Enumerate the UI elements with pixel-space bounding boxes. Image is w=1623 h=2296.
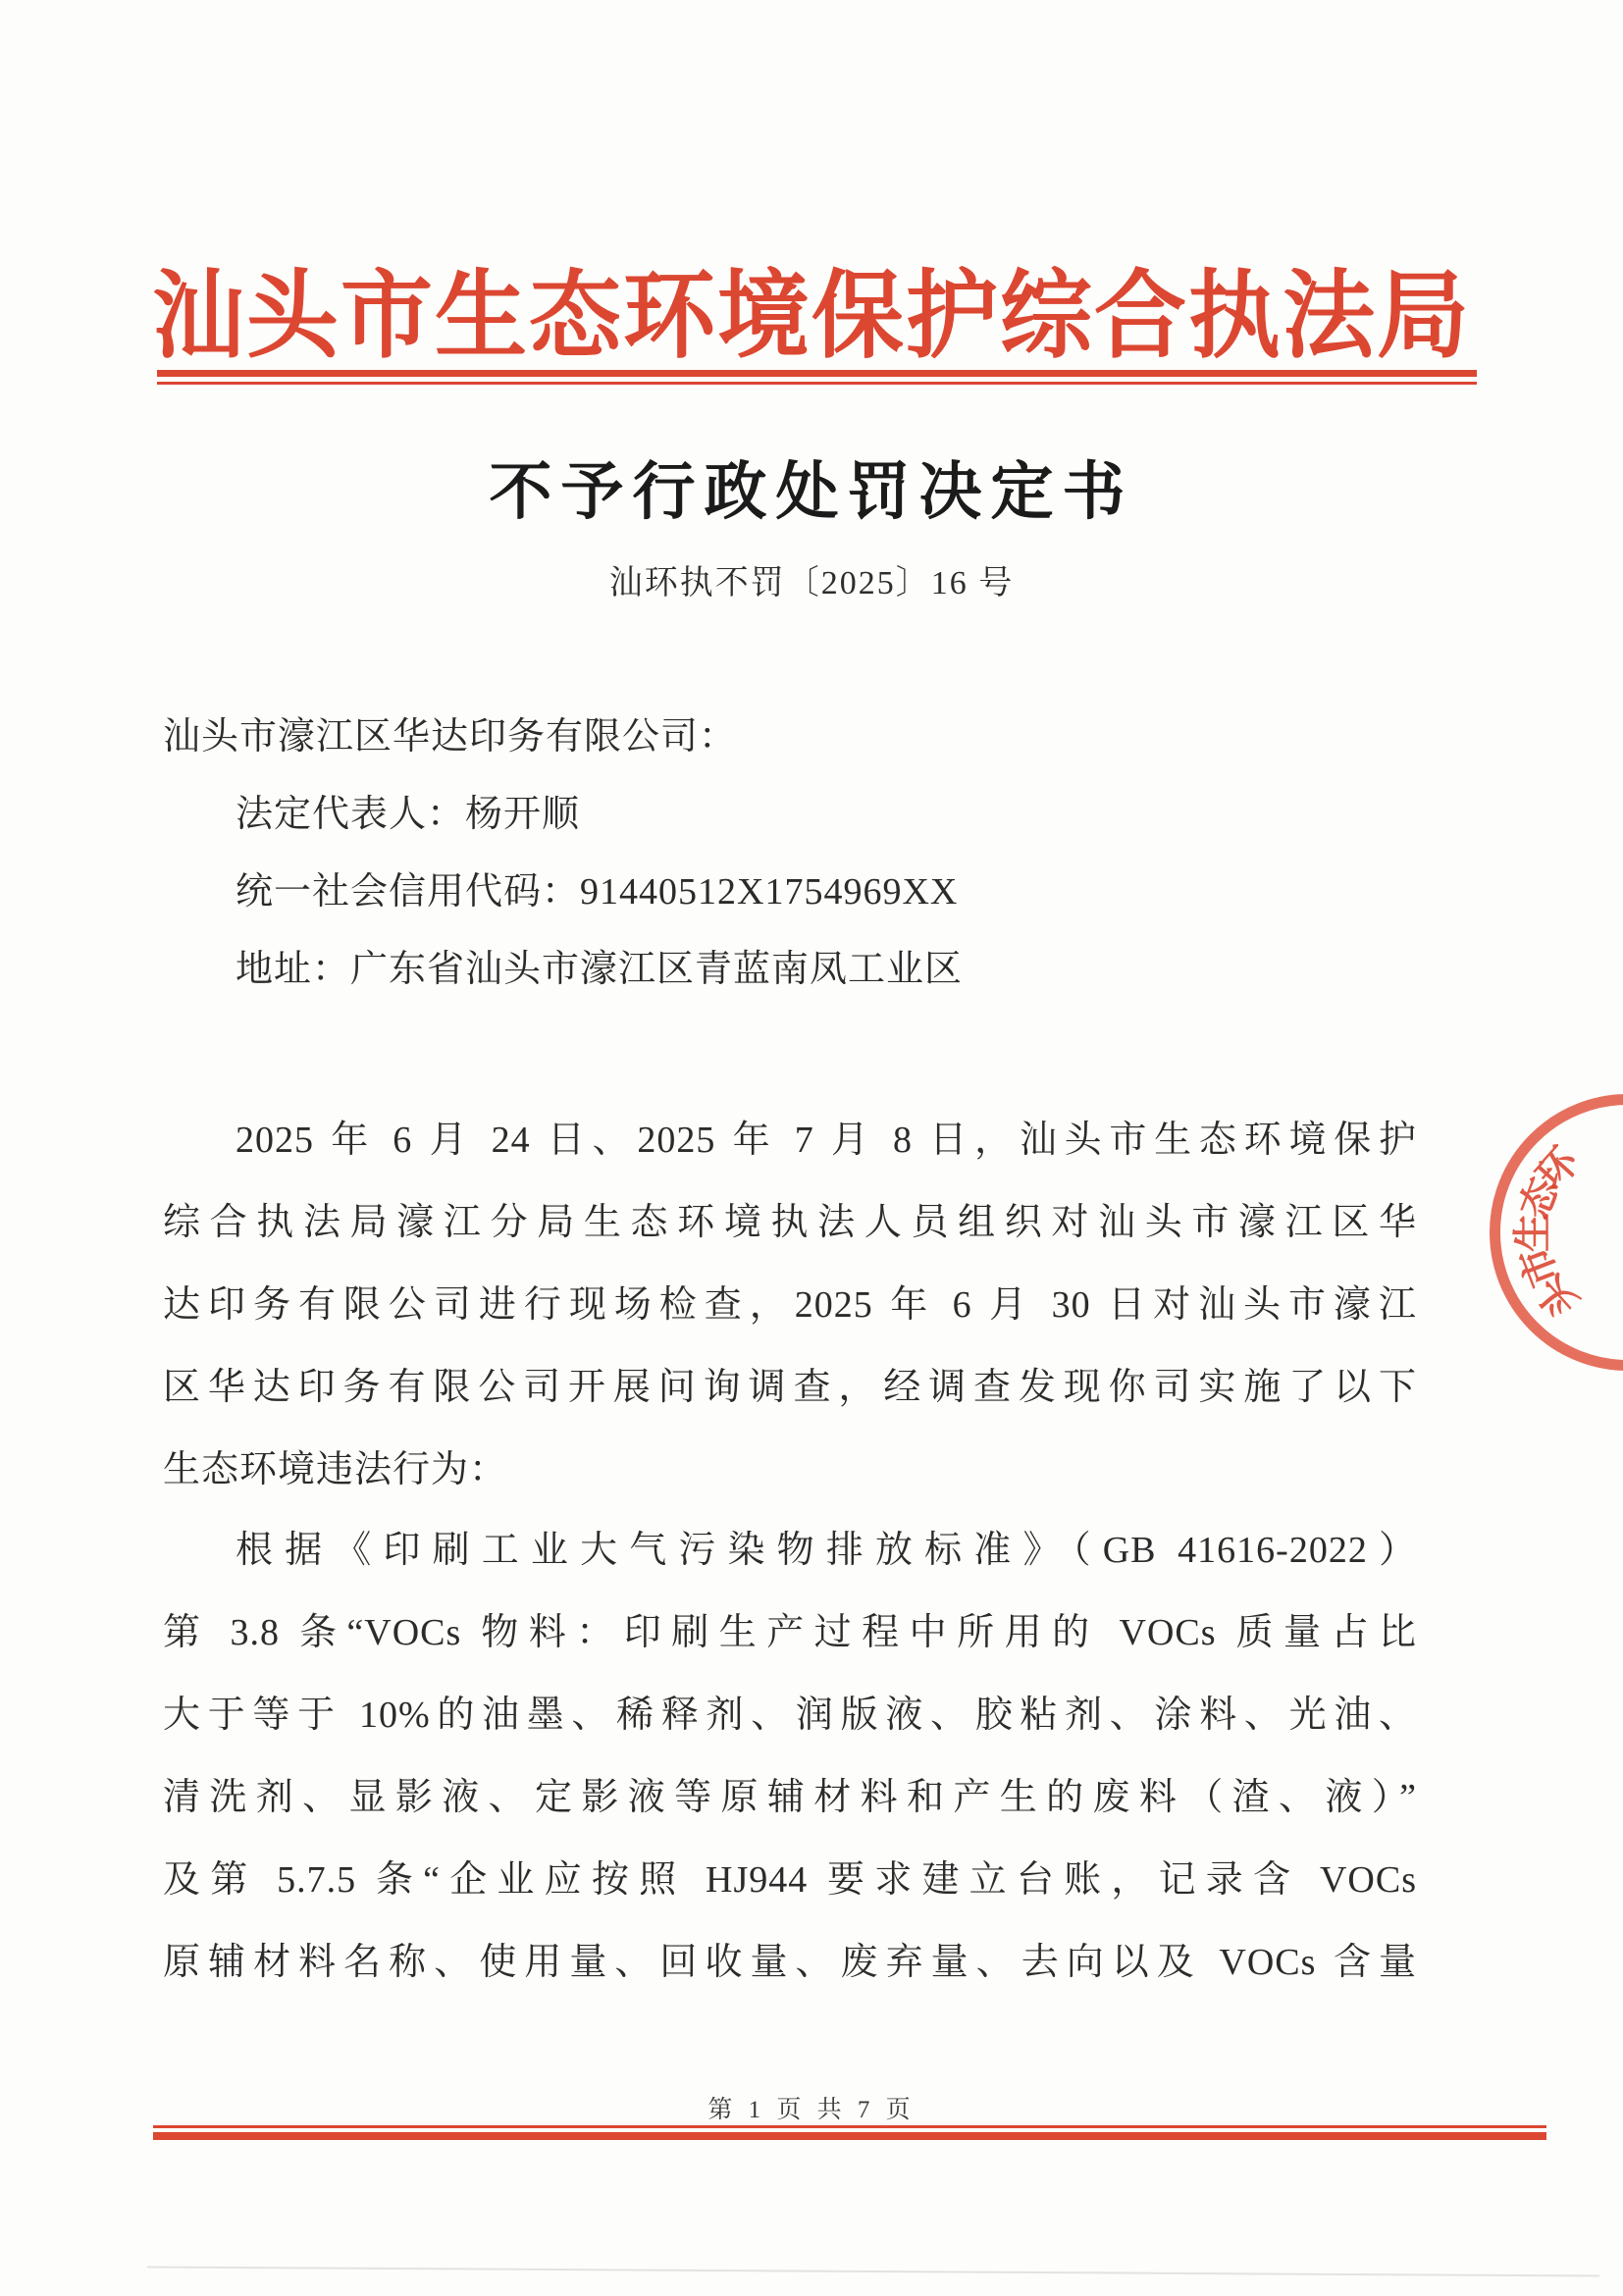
- recipient-company-line: 汕头市濠江区华达印务有限公司：: [163, 699, 1417, 776]
- paragraph-line: 第 3.8 条“VOCs 物料：印刷生产过程中所用的 VOCs 质量占比: [163, 1592, 1417, 1674]
- footer-rule-thick: [153, 2132, 1546, 2140]
- document-number: 汕环执不罚〔2025〕16 号: [0, 555, 1623, 603]
- paragraph-line: 清洗剂、显影液、定影液等原辅材料和产生的废料（渣、液）”: [163, 1756, 1417, 1839]
- credit-code-line: 统一社会信用代码：91440512X1754969XX: [163, 854, 1417, 931]
- body-paragraph-1: 2025 年 6 月 24 日、2025 年 7 月 8 日，汕头市生态环境保护…: [163, 1099, 1417, 1511]
- letterhead-org-name: 汕头市生态环境保护综合执法局: [0, 238, 1623, 376]
- legal-representative-line: 法定代表人：杨开顺: [163, 776, 1417, 854]
- paragraph-line: 根据《印刷工业大气污染物排放标准》（GB 41616-2022）: [163, 1509, 1417, 1592]
- paragraph-line: 原辅材料名称、使用量、回收量、废弃量、去向以及 VOCs 含量: [163, 1921, 1417, 2004]
- letterhead-rule-thick: [157, 370, 1477, 377]
- page-number-text: 第 1 页 共 7 页: [0, 2090, 1623, 2125]
- paragraph-line: 大于等于 10%的油墨、稀释剂、润版液、胶粘剂、涂料、光油、: [163, 1674, 1417, 1756]
- paragraph-line: 达印务有限公司进行现场检查，2025 年 6 月 30 日对汕头市濠江: [163, 1264, 1417, 1346]
- scan-artifact-line: [147, 2266, 1599, 2276]
- document-title: 不予行政处罚决定书: [0, 442, 1623, 532]
- footer-rule-thin: [153, 2125, 1546, 2128]
- paragraph-line: 生态环境违法行为：: [163, 1429, 1417, 1511]
- letterhead-rule-thin: [157, 382, 1477, 385]
- paragraph-line: 区华达印务有限公司开展问询调查，经调查发现你司实施了以下: [163, 1346, 1417, 1429]
- paragraph-line: 综合执法局濠江分局生态环境执法人员组织对汕头市濠江区华: [163, 1181, 1417, 1264]
- paragraph-line: 及第 5.7.5 条“企业应按照 HJ944 要求建立台账，记录含 VOCs: [163, 1839, 1417, 1921]
- document-page: 汕头市生态环境保护综合执法局 不予行政处罚决定书 汕环执不罚〔2025〕16 号…: [0, 0, 1623, 2296]
- body-paragraph-2: 根据《印刷工业大气污染物排放标准》（GB 41616-2022） 第 3.8 条…: [163, 1509, 1417, 2004]
- paragraph-line: 2025 年 6 月 24 日、2025 年 7 月 8 日，汕头市生态环境保护: [163, 1099, 1417, 1181]
- recipient-block: 汕头市濠江区华达印务有限公司： 法定代表人：杨开顺 统一社会信用代码：91440…: [163, 699, 1417, 1009]
- address-line: 地址：广东省汕头市濠江区青蓝南凤工业区: [163, 931, 1417, 1009]
